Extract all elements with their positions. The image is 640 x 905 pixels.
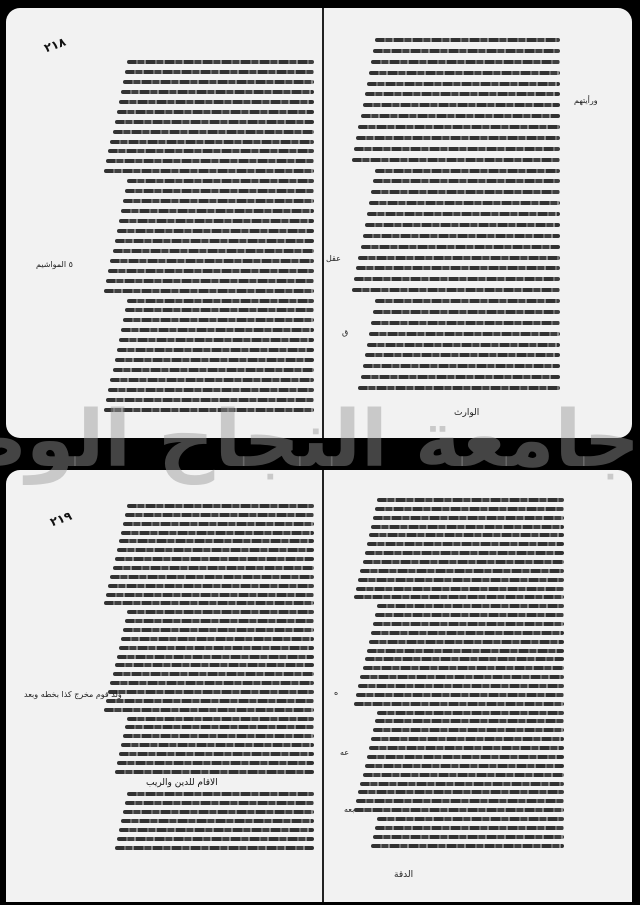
manuscript-line xyxy=(115,557,314,561)
manuscript-line xyxy=(363,234,560,238)
manuscript-line xyxy=(373,179,560,183)
margin-mark: عه xyxy=(340,748,349,757)
manuscript-line xyxy=(113,672,314,676)
manuscript-line xyxy=(113,566,314,570)
manuscript-line xyxy=(363,103,560,107)
manuscript-line xyxy=(123,199,314,203)
manuscript-line xyxy=(121,743,314,747)
manuscript-line xyxy=(371,190,560,194)
manuscript-line xyxy=(361,375,561,379)
manuscript-line xyxy=(104,601,314,605)
manuscript-line xyxy=(371,631,564,635)
manuscript-line xyxy=(356,587,564,591)
section-heading: الاقام للدين والريب xyxy=(146,778,218,788)
manuscript-line xyxy=(115,120,314,124)
manuscript-line xyxy=(121,819,314,823)
manuscript-line xyxy=(108,388,314,392)
manuscript-line xyxy=(117,761,314,765)
catchword: الوارث xyxy=(454,408,479,418)
manuscript-line xyxy=(375,613,564,617)
manuscript-line xyxy=(356,693,564,697)
manuscript-line xyxy=(121,90,314,94)
manuscript-line xyxy=(123,810,314,814)
manuscript-line xyxy=(356,266,560,270)
manuscript-line xyxy=(363,364,560,368)
text-block xyxy=(102,60,314,412)
manuscript-line xyxy=(371,321,560,325)
manuscript-line xyxy=(361,114,561,118)
manuscript-line xyxy=(115,846,314,850)
manuscript-line xyxy=(117,548,314,552)
manuscript-line xyxy=(352,158,560,162)
text-block xyxy=(350,38,560,390)
manuscript-line xyxy=(371,60,560,64)
margin-note: ٥ المواشيم xyxy=(36,260,73,269)
manuscript-line xyxy=(363,773,564,777)
scan-separator xyxy=(0,440,640,468)
manuscript-line xyxy=(125,189,314,193)
manuscript-line xyxy=(104,408,314,412)
manuscript-line xyxy=(104,169,314,173)
manuscript-line xyxy=(110,378,314,382)
manuscript-line xyxy=(121,531,314,535)
page-right-bottom: ه عه بعه الدقة xyxy=(324,470,632,902)
manuscript-line xyxy=(125,513,314,517)
manuscript-line xyxy=(369,746,564,750)
manuscript-line xyxy=(361,245,561,249)
manuscript-line xyxy=(363,560,564,564)
manuscript-line xyxy=(117,348,314,352)
manuscript-line xyxy=(106,398,314,402)
margin-mark: ه xyxy=(334,688,338,697)
manuscript-line xyxy=(119,338,314,342)
manuscript-line xyxy=(371,737,564,741)
margin-note-top: ورأيتهم xyxy=(574,96,598,105)
manuscript-line xyxy=(115,239,314,243)
manuscript-line xyxy=(373,622,564,626)
manuscript-line xyxy=(125,308,314,312)
manuscript-line xyxy=(108,584,314,588)
manuscript-line xyxy=(373,835,564,839)
manuscript-line xyxy=(352,288,560,292)
spread-bottom: ٢١٩ ولد قوم مخرج كذا بخطه وبعد الاقام لل… xyxy=(6,470,632,902)
manuscript-line xyxy=(117,229,314,233)
manuscript-line xyxy=(354,702,564,706)
manuscript-line xyxy=(121,637,314,641)
manuscript-line xyxy=(110,575,314,579)
manuscript-line xyxy=(365,551,564,555)
manuscript-line xyxy=(110,681,314,685)
manuscript-line xyxy=(373,310,560,314)
manuscript-line xyxy=(360,782,564,786)
page-number: ٢١٨ xyxy=(42,35,67,56)
margin-note-mid: عقل xyxy=(326,254,341,263)
manuscript-line xyxy=(115,770,314,774)
manuscript-line xyxy=(121,328,314,332)
manuscript-line xyxy=(354,595,564,599)
manuscript-line xyxy=(127,60,314,64)
manuscript-line xyxy=(106,159,314,163)
manuscript-line xyxy=(356,799,564,803)
manuscript-line xyxy=(375,38,560,42)
manuscript-line xyxy=(360,569,564,573)
manuscript-line xyxy=(358,684,564,688)
manuscript-line xyxy=(373,728,564,732)
text-block xyxy=(352,498,564,848)
manuscript-line xyxy=(108,269,314,273)
manuscript-line xyxy=(367,649,564,653)
manuscript-line xyxy=(123,318,314,322)
manuscript-line xyxy=(125,725,314,729)
manuscript-line xyxy=(358,125,560,129)
manuscript-line xyxy=(104,708,314,712)
manuscript-line xyxy=(365,764,564,768)
manuscript-line xyxy=(113,249,314,253)
manuscript-line xyxy=(365,92,560,96)
manuscript-line xyxy=(115,663,314,667)
manuscript-line xyxy=(373,516,564,520)
manuscript-line xyxy=(119,219,314,223)
manuscript-line xyxy=(354,147,560,151)
manuscript-line xyxy=(365,353,560,357)
page-left-bottom: ٢١٩ ولد قوم مخرج كذا بخطه وبعد الاقام لل… xyxy=(6,470,322,902)
manuscript-line xyxy=(369,533,564,537)
manuscript-line xyxy=(117,655,314,659)
manuscript-line xyxy=(110,140,314,144)
manuscript-line xyxy=(119,646,314,650)
manuscript-line xyxy=(375,507,564,511)
text-block-continued xyxy=(102,792,314,850)
manuscript-line xyxy=(108,149,314,153)
manuscript-line xyxy=(358,578,564,582)
manuscript-line xyxy=(115,358,314,362)
manuscript-line xyxy=(365,223,560,227)
manuscript-line xyxy=(377,711,564,715)
manuscript-line xyxy=(113,368,314,372)
manuscript-line xyxy=(110,259,314,263)
manuscript-line xyxy=(127,179,314,183)
manuscript-line xyxy=(123,628,314,632)
manuscript-line xyxy=(375,169,560,173)
manuscript-line xyxy=(127,504,314,508)
manuscript-line xyxy=(119,539,314,543)
manuscript-line xyxy=(369,640,564,644)
manuscript-line xyxy=(360,675,564,679)
manuscript-line xyxy=(125,70,314,74)
manuscript-line xyxy=(375,826,564,830)
manuscript-line xyxy=(127,299,314,303)
manuscript-line xyxy=(375,719,564,723)
manuscript-line xyxy=(125,619,314,623)
manuscript-line xyxy=(356,136,560,140)
manuscript-line xyxy=(367,542,564,546)
manuscript-line xyxy=(121,209,314,213)
manuscript-line xyxy=(371,844,564,848)
page-number: ٢١٩ xyxy=(48,509,73,530)
manuscript-line xyxy=(123,522,314,526)
manuscript-line xyxy=(113,130,314,134)
manuscript-line xyxy=(119,752,314,756)
manuscript-line xyxy=(363,666,564,670)
manuscript-line xyxy=(106,593,314,597)
manuscript-line xyxy=(369,332,560,336)
manuscript-line xyxy=(127,792,314,796)
manuscript-line xyxy=(358,790,564,794)
manuscript-line xyxy=(377,604,564,608)
manuscript-line xyxy=(123,80,314,84)
manuscript-line xyxy=(377,498,564,502)
manuscript-line xyxy=(367,755,564,759)
text-block xyxy=(102,504,314,774)
manuscript-line xyxy=(104,289,314,293)
manuscript-line xyxy=(125,801,314,805)
manuscript-line xyxy=(373,49,560,53)
page-right-top: ورأيتهم عقل ق الوارث xyxy=(324,8,632,438)
manuscript-line xyxy=(369,71,560,75)
manuscript-line xyxy=(358,386,560,390)
spread-top: ٢١٨ ٥ المواشيم ورأيتهم عقل ق الوارث xyxy=(6,8,632,438)
manuscript-line xyxy=(371,525,564,529)
manuscript-line xyxy=(375,299,560,303)
manuscript-line xyxy=(354,808,564,812)
manuscript-line xyxy=(127,610,314,614)
page-left-top: ٢١٨ ٥ المواشيم xyxy=(6,8,322,438)
catchword: الدقة xyxy=(394,870,413,880)
manuscript-line xyxy=(369,201,560,205)
manuscript-line xyxy=(367,343,560,347)
manuscript-line xyxy=(119,100,314,104)
manuscript-line xyxy=(117,110,314,114)
manuscript-line xyxy=(106,699,314,703)
manuscript-line xyxy=(117,837,314,841)
manuscript-line xyxy=(119,828,314,832)
manuscript-line xyxy=(354,277,560,281)
manuscript-line xyxy=(127,717,314,721)
manuscript-line xyxy=(367,82,560,86)
manuscript-line xyxy=(365,657,564,661)
manuscript-line xyxy=(106,279,314,283)
manuscript-line xyxy=(358,256,560,260)
margin-note-side: ق xyxy=(342,328,348,337)
manuscript-line xyxy=(367,212,560,216)
manuscript-line xyxy=(108,690,314,694)
manuscript-line xyxy=(123,734,314,738)
manuscript-line xyxy=(377,817,564,821)
